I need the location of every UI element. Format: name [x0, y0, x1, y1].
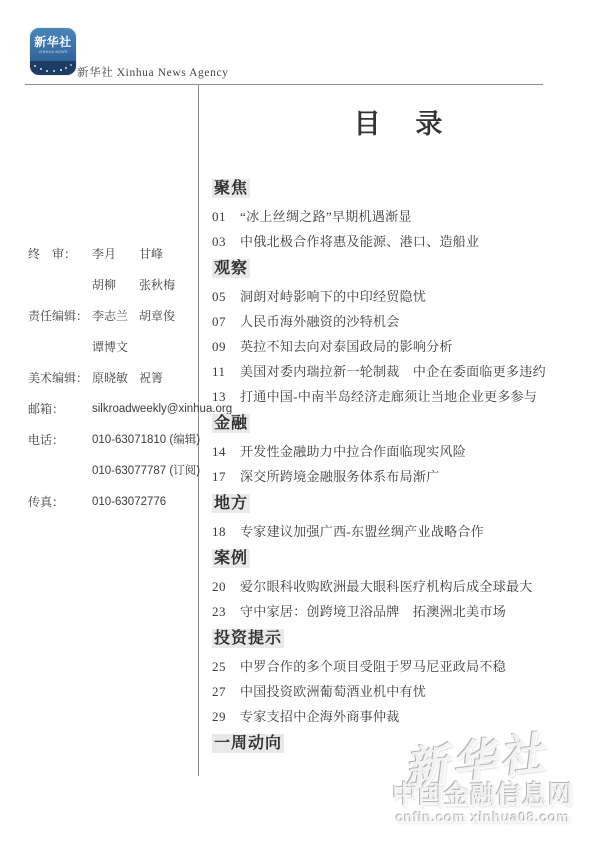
masthead-label: 邮箱：: [28, 401, 92, 418]
toc-item: 11美国对委内瑞拉新一轮制裁 中企在委面临更多违约: [212, 364, 584, 379]
toc-item: 18专家建议加强广西-东盟丝绸产业战略合作: [212, 524, 584, 539]
toc-item-page: 29: [212, 709, 240, 724]
toc-item: 20爱尔眼科收购欧洲最大眼科医疗机构后成全球最大: [212, 579, 584, 594]
toc-item: 17深交所跨境金融服务体系布局渐广: [212, 469, 584, 484]
masthead-row: 胡柳张秋梅: [28, 277, 196, 294]
masthead-label: 传真：: [28, 494, 92, 511]
toc-section-heading-text: 地方: [212, 494, 250, 513]
masthead-row: 美术编辑：原晓敏祝箐: [28, 370, 196, 387]
toc-item-title: 打通中国-中南半岛经济走廊须让当地企业更多参与: [240, 389, 584, 404]
toc-item: 25中罗合作的多个项目受阻于罗马尼亚政局不稳: [212, 659, 584, 674]
masthead-value: 胡章俊: [139, 308, 184, 325]
masthead-label: 美术编辑：: [28, 370, 92, 387]
toc-item-title: “冰上丝绸之路”早期机遇渐显: [240, 209, 584, 224]
toc-section-heading-text: 投资提示: [212, 629, 284, 648]
masthead-value: 010-63071810 (编辑): [92, 432, 200, 449]
toc-item-title: 中国投资欧洲葡萄酒业机中有忧: [240, 684, 584, 699]
header-divider-line: [25, 84, 543, 85]
toc-item: 03中俄北极合作将惠及能源、港口、造船业: [212, 234, 584, 249]
toc-item-page: 25: [212, 659, 240, 674]
masthead: 终 审：李月甘峰胡柳张秋梅责任编辑：李志兰胡章俊谭博文美术编辑：原晓敏祝箐邮箱：…: [28, 246, 196, 525]
toc-item-title: 中俄北极合作将惠及能源、港口、造船业: [240, 234, 584, 249]
masthead-value: 010-63077787 (订阅): [92, 463, 200, 480]
toc-section-heading: 金融: [212, 414, 584, 434]
toc-item-title: 开发性金融助力中拉合作面临现实风险: [240, 444, 584, 459]
toc-item-page: 07: [212, 314, 240, 329]
toc-section-heading: 案例: [212, 549, 584, 569]
toc-item: 07人民币海外融资的沙特机会: [212, 314, 584, 329]
masthead-row: 终 审：李月甘峰: [28, 246, 196, 263]
toc-item-title: 中罗合作的多个项目受阻于罗马尼亚政局不稳: [240, 659, 584, 674]
masthead-row: 责任编辑：李志兰胡章俊: [28, 308, 196, 325]
toc-item-page: 18: [212, 524, 240, 539]
toc-sections: 聚焦01“冰上丝绸之路”早期机遇渐显03中俄北极合作将惠及能源、港口、造船业观察…: [212, 179, 584, 754]
xinhua-logo-icon: 新华社 XINHUA NEWS: [30, 28, 76, 75]
toc-item-title: 守中家居：创跨境卫浴品牌 拓澳洲北美市场: [240, 604, 584, 619]
masthead-value: 李月: [92, 246, 137, 263]
toc-item-title: 英拉不知去向对泰国政局的影响分析: [240, 339, 584, 354]
toc-section-heading-text: 聚焦: [212, 179, 250, 198]
agency-brand-text: 新华社 Xinhua News Agency: [77, 64, 229, 80]
toc-item-title: 人民币海外融资的沙特机会: [240, 314, 584, 329]
toc-item: 05洞朗对峙影响下的中印经贸隐忧: [212, 289, 584, 304]
toc-title: 目 录: [212, 106, 584, 142]
toc-section-heading: 聚焦: [212, 179, 584, 199]
masthead-label: 责任编辑：: [28, 308, 92, 325]
masthead-value: 010-63072776: [92, 494, 166, 511]
toc-item-page: 03: [212, 234, 240, 249]
toc-section-heading-text: 金融: [212, 414, 250, 433]
toc-item: 09英拉不知去向对泰国政局的影响分析: [212, 339, 584, 354]
toc-item-page: 23: [212, 604, 240, 619]
toc-item-page: 13: [212, 389, 240, 404]
logo-en-text: XINHUA NEWS: [38, 49, 67, 54]
toc-item: 13打通中国-中南半岛经济走廊须让当地企业更多参与: [212, 389, 584, 404]
toc-section-heading-text: 案例: [212, 549, 250, 568]
toc-item: 29专家支招中企海外商事仲裁: [212, 709, 584, 724]
masthead-label: 终 审：: [28, 246, 92, 263]
masthead-row: 010-63077787 (订阅): [28, 463, 196, 480]
toc-item-title: 专家建议加强广西-东盟丝绸产业战略合作: [240, 524, 584, 539]
toc-item-page: 05: [212, 289, 240, 304]
masthead-label: [28, 277, 92, 294]
masthead-row: 电话：010-63071810 (编辑): [28, 432, 196, 449]
toc-item-page: 14: [212, 444, 240, 459]
masthead-row: 谭博文: [28, 339, 196, 356]
masthead-value: 祝箐: [139, 370, 184, 387]
masthead-label: 电话：: [28, 432, 92, 449]
watermark-urls: cnfin.com xinhua08.com: [372, 809, 594, 826]
masthead-value: 张秋梅: [139, 277, 184, 294]
toc-section-heading: 观察: [212, 259, 584, 279]
masthead-value: 胡柳: [92, 277, 137, 294]
toc-item-page: 20: [212, 579, 240, 594]
logo-cn-text: 新华社: [34, 36, 72, 49]
toc-item-page: 27: [212, 684, 240, 699]
toc-item-title: 深交所跨境金融服务体系布局渐广: [240, 469, 584, 484]
toc-section-heading: 投资提示: [212, 629, 584, 649]
table-of-contents: 目 录 聚焦01“冰上丝绸之路”早期机遇渐显03中俄北极合作将惠及能源、港口、造…: [212, 106, 584, 764]
toc-item: 14开发性金融助力中拉合作面临现实风险: [212, 444, 584, 459]
toc-item: 01“冰上丝绸之路”早期机遇渐显: [212, 209, 584, 224]
toc-item-title: 美国对委内瑞拉新一轮制裁 中企在委面临更多违约: [240, 364, 584, 379]
watermark-site-name: 中国金融信息网: [372, 782, 594, 809]
toc-item: 23守中家居：创跨境卫浴品牌 拓澳洲北美市场: [212, 604, 584, 619]
toc-item-title: 洞朗对峙影响下的中印经贸隐忧: [240, 289, 584, 304]
masthead-label: [28, 339, 92, 356]
masthead-value: 甘峰: [139, 246, 184, 263]
masthead-value: 李志兰: [92, 308, 137, 325]
toc-item-page: 11: [212, 364, 240, 379]
toc-item-page: 01: [212, 209, 240, 224]
toc-section-heading: 地方: [212, 494, 584, 514]
toc-item-title: 爱尔眼科收购欧洲最大眼科医疗机构后成全球最大: [240, 579, 584, 594]
toc-section-heading-text: 观察: [212, 259, 250, 278]
toc-item-title: 专家支招中企海外商事仲裁: [240, 709, 584, 724]
toc-item-page: 09: [212, 339, 240, 354]
masthead-value: 原晓敏: [92, 370, 137, 387]
toc-item-page: 17: [212, 469, 240, 484]
masthead-row: 邮箱：silkroadweekly@xinhua.org: [28, 401, 196, 418]
document-page: 新华社 XINHUA NEWS 新华社 Xinhua News Agency 终…: [0, 0, 600, 848]
toc-section-heading-text: 一周动向: [212, 734, 284, 753]
masthead-label: [28, 463, 92, 480]
logo-star-dots: [30, 61, 76, 75]
toc-section-heading: 一周动向: [212, 734, 584, 754]
logo-top: 新华社 XINHUA NEWS: [30, 28, 76, 61]
masthead-row: 传真：010-63072776: [28, 494, 196, 511]
toc-item: 27中国投资欧洲葡萄酒业机中有忧: [212, 684, 584, 699]
column-divider-line: [198, 84, 199, 776]
masthead-value: 谭博文: [92, 339, 128, 356]
